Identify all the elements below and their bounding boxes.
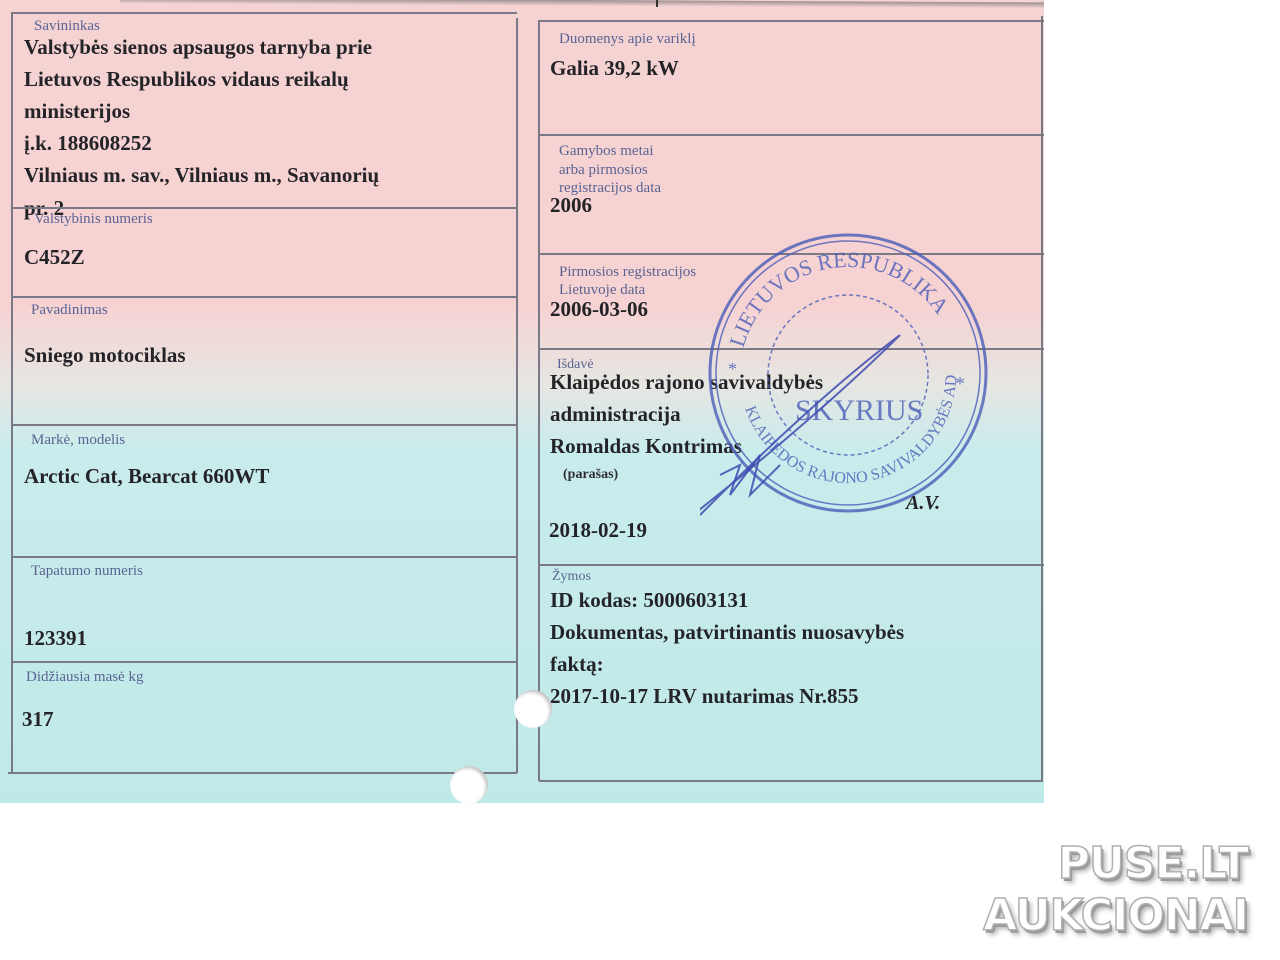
manufacture-year-value: 2006	[550, 189, 592, 221]
left-top-border	[11, 12, 517, 14]
notes-label: Žymos	[552, 569, 591, 585]
divider	[539, 253, 1044, 255]
engine-label: Duomenys apie variklį	[559, 31, 696, 47]
signature-label: (parašas)	[563, 467, 618, 483]
max-mass-value: 317	[22, 703, 54, 735]
owner-address-1: Vilniaus m. sav., Vilniaus m., Savanorių	[24, 159, 379, 191]
make-model-label: Markė, modelis	[31, 432, 125, 448]
watermark-line-2: AUKCIONAI	[983, 890, 1248, 941]
max-mass-label: Didžiausia masė kg	[26, 669, 143, 685]
owner-line-3: ministerijos	[24, 95, 130, 127]
issuer-line-2: administracija	[550, 398, 681, 430]
engine-value: Galia 39,2 kW	[550, 52, 679, 84]
divider	[11, 661, 517, 663]
owner-line-1: Valstybės sienos apsaugos tarnyba prie	[24, 31, 372, 63]
identification-number-label: Tapatumo numeris	[31, 563, 143, 579]
divider	[11, 556, 517, 558]
manufacture-year-label-1: Gamybos metai	[559, 143, 654, 159]
notes-line-3: faktą:	[550, 648, 604, 680]
svg-text:LIETUVOS RESPUBLIKA: LIETUVOS RESPUBLIKA	[724, 247, 954, 350]
issue-date: 2018-02-19	[549, 514, 647, 546]
identification-number-value: 123391	[24, 622, 87, 654]
divider	[11, 424, 517, 426]
seal-mark: A.V.	[906, 487, 940, 519]
notes-line-2: Dokumentas, patvirtinantis nuosavybės	[550, 616, 904, 648]
divider	[539, 564, 1044, 566]
left-border	[11, 14, 13, 773]
plate-number-label: Valstybinis numeris	[34, 211, 153, 227]
first-registration-value: 2006-03-06	[550, 293, 648, 325]
paper-top-edge	[120, 0, 1044, 8]
issuer-line-1: Klaipėdos rajono savivaldybės	[550, 366, 823, 398]
stamp-top-text: LIETUVOS RESPUBLIKA	[724, 247, 954, 350]
first-registration-label-1: Pirmosios registracijos	[559, 264, 696, 280]
make-model-value: Arctic Cat, Bearcat 660WT	[24, 460, 269, 492]
vehicle-name-label: Pavadinimas	[31, 302, 108, 318]
owner-line-2: Lietuvos Respublikos vidaus reikalų	[24, 63, 349, 95]
issuer-official-name: Romaldas Kontrimas	[550, 430, 742, 462]
fold-mark	[656, 0, 658, 7]
left-bottom-border	[8, 772, 517, 774]
owner-code: į.k. 188608252	[24, 127, 152, 159]
right-top-border	[539, 20, 1044, 22]
stamp-center-text: SKYRIUS	[795, 394, 923, 427]
left-column-right-border	[516, 18, 518, 773]
divider	[539, 134, 1044, 136]
svg-text:*: *	[955, 373, 965, 395]
punch-hole	[450, 766, 488, 804]
divider	[11, 207, 517, 209]
right-column-right-border	[1041, 16, 1043, 781]
punch-hole	[514, 690, 552, 728]
divider	[11, 296, 517, 298]
manufacture-year-label-2: arba pirmosios	[559, 162, 648, 178]
registration-certificate: Savininkas Valstybės sienos apsaugos tar…	[0, 0, 1044, 803]
watermark-line-1: PUSE.LT	[1058, 838, 1248, 889]
plate-number-value: C452Z	[24, 241, 85, 273]
vehicle-name-value: Sniego motociklas	[24, 339, 186, 371]
right-bottom-border	[539, 780, 1043, 782]
notes-line-4: 2017-10-17 LRV nutarimas Nr.855	[550, 680, 858, 712]
divider	[539, 348, 1044, 350]
notes-id-code: ID kodas: 5000603131	[550, 584, 748, 616]
